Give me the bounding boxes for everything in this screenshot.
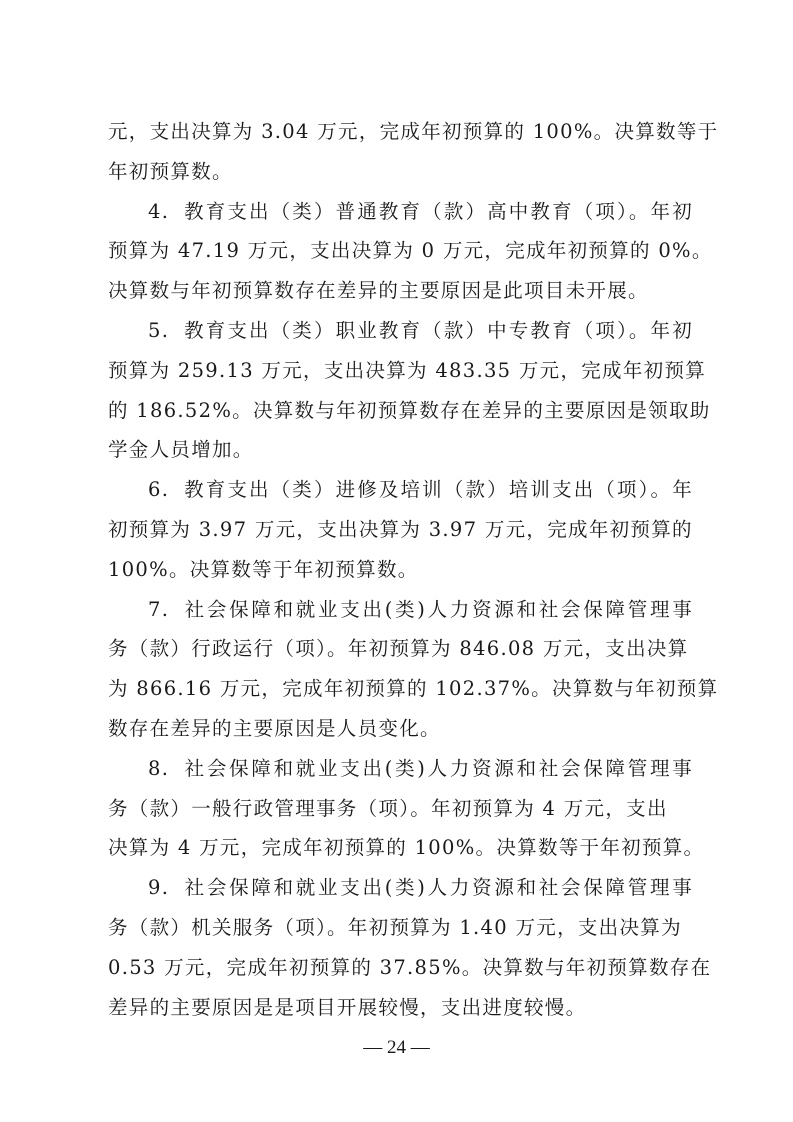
text-line: 年初预算数。 xyxy=(108,152,693,192)
text-line: 数存在差异的主要原因是人员变化。 xyxy=(108,709,693,749)
text-line: 差异的主要原因是是项目开展较慢，支出进度较慢。 xyxy=(108,988,693,1028)
text-line: 预算为 47.19 万元，支出决算为 0 万元，完成年初预算的 0%。 xyxy=(108,231,693,271)
item-8-heading: 8.社会保障和就业支出(类)人力资源和社会保障管理事 xyxy=(108,749,693,789)
text-line: 为 866.16 万元，完成年初预算的 102.37%。决算数与年初预算 xyxy=(108,669,693,709)
text-line: 务（款）行政运行（项）。年初预算为 846.08 万元，支出决算 xyxy=(108,629,693,669)
item-heading-text: 社会保障和就业支出(类)人力资源和社会保障管理事 xyxy=(183,876,693,899)
document-body: 元，支出决算为 3.04 万元，完成年初预算的 100%。决算数等于 年初预算数… xyxy=(108,112,693,1027)
text-line: 决算为 4 万元，完成年初预算的 100%。决算数等于年初预算。 xyxy=(108,828,693,868)
item-9-heading: 9.社会保障和就业支出(类)人力资源和社会保障管理事 xyxy=(108,868,693,908)
item-5-heading: 5.教育支出（类）职业教育（款）中专教育（项）。年初 xyxy=(108,311,693,351)
item-6-heading: 6.教育支出（类）进修及培训（款）培训支出（项）。年 xyxy=(108,470,693,510)
text-line: 务（款）一般行政管理事务（项）。年初预算为 4 万元，支出 xyxy=(108,789,693,829)
text-line: 100%。决算数等于年初预算数。 xyxy=(108,550,693,590)
item-number: 8. xyxy=(148,757,169,780)
text-line: 务（款）机关服务（项）。年初预算为 1.40 万元，支出决算为 xyxy=(108,908,693,948)
page-number: — 24 — xyxy=(0,1037,793,1059)
text-line: 0.53 万元，完成年初预算的 37.85%。决算数与年初预算数存在 xyxy=(108,948,693,988)
text-line: 初预算为 3.97 万元，支出决算为 3.97 万元，完成年初预算的 xyxy=(108,510,693,550)
item-number: 7. xyxy=(148,598,169,621)
text-line: 元，支出决算为 3.04 万元，完成年初预算的 100%。决算数等于 xyxy=(108,112,693,152)
item-heading-text: 教育支出（类）进修及培训（款）培训支出（项）。年 xyxy=(183,478,693,501)
item-heading-text: 社会保障和就业支出(类)人力资源和社会保障管理事 xyxy=(183,598,693,621)
item-number: 6. xyxy=(148,478,169,501)
text-line: 预算为 259.13 万元，支出决算为 483.35 万元，完成年初预算 xyxy=(108,351,693,391)
item-4-heading: 4.教育支出（类）普通教育（款）高中教育（项）。年初 xyxy=(108,192,693,232)
text-line: 的 186.52%。决算数与年初预算数存在差异的主要原因是领取助 xyxy=(108,391,693,431)
item-heading-text: 教育支出（类）普通教育（款）高中教育（项）。年初 xyxy=(183,200,693,223)
item-7-heading: 7.社会保障和就业支出(类)人力资源和社会保障管理事 xyxy=(108,590,693,630)
item-number: 9. xyxy=(148,876,169,899)
item-number: 4. xyxy=(148,200,169,223)
item-heading-text: 教育支出（类）职业教育（款）中专教育（项）。年初 xyxy=(183,319,693,342)
text-line: 学金人员增加。 xyxy=(108,430,693,470)
text-line: 决算数与年初预算数存在差异的主要原因是此项目未开展。 xyxy=(108,271,693,311)
item-number: 5. xyxy=(148,319,169,342)
item-heading-text: 社会保障和就业支出(类)人力资源和社会保障管理事 xyxy=(183,757,693,780)
